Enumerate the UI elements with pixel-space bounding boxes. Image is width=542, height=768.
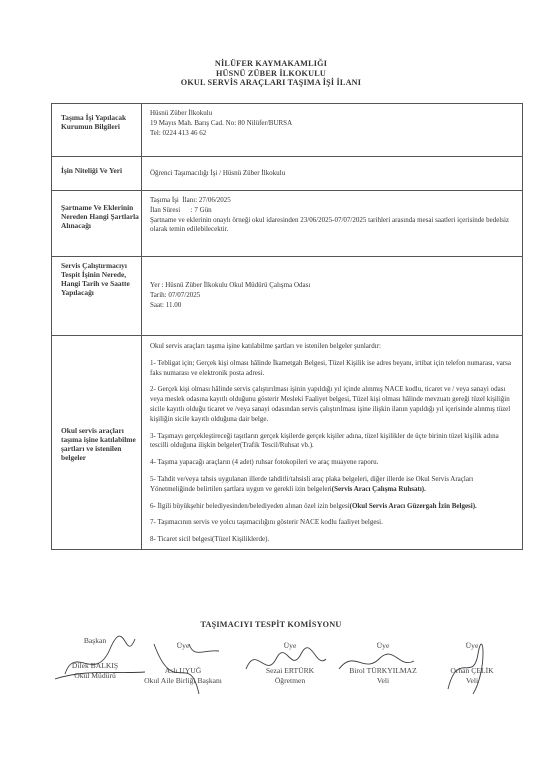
institution-name: Hüsnü Züber İlkokulu	[150, 109, 516, 119]
label-specs: Şartname Ve Eklerinin Nereden Hangi Şart…	[52, 191, 142, 257]
announcement-title: OKUL SERVİS ARAÇLARI TAŞIMA İŞİ İLANI	[0, 78, 542, 88]
requirement-item: 8- Ticaret sicil belgesi(Tüzel Kişilikle…	[150, 535, 516, 545]
label-institution: Taşıma İşi Yapılacak Kurumun Bilgileri	[52, 104, 142, 157]
document-header: NİLÜFER KAYMAKAMLIĞI HÜSNÜ ZÜBER İLKOKUL…	[0, 59, 542, 88]
member-role: Üye	[138, 641, 228, 651]
item-spacer	[150, 468, 516, 475]
row-institution: Taşıma İşi Yapılacak Kurumun Bilgileri H…	[52, 104, 523, 157]
member-role: Üye	[245, 641, 335, 651]
member-role: Başkan	[55, 636, 135, 646]
item-spacer	[150, 495, 516, 502]
member-role: Üye	[338, 641, 428, 651]
school-name: HÜSNÜ ZÜBER İLKOKULU	[0, 69, 542, 79]
item-spacer	[150, 425, 516, 432]
requirement-item: 2- Gerçek kişi olması hâlinde servis çal…	[150, 385, 516, 424]
requirement-item: 7- Taşımacının servis ve yolcu taşımacıl…	[150, 518, 516, 528]
item-spacer	[150, 511, 516, 518]
requirement-text: 6- İlgili büyükşehir belediyesinden/bele…	[150, 502, 350, 510]
item-spacer	[150, 451, 516, 458]
requirement-bold-text: (Servis Aracı Çalışma Ruhsatı).	[332, 485, 426, 493]
requirement-text: 3- Taşımayı gerçekleştireceği taşıtların…	[150, 432, 499, 450]
member-title: Okul Aile Birliği Başkanı	[138, 676, 228, 686]
nature-value: Öğrenci Taşımacılığı İşi / Hüsnü Züber İ…	[142, 157, 523, 191]
member-title: Veli	[338, 676, 428, 686]
signature-block: ÜyeOrhan ÇELİKVeli	[432, 641, 512, 686]
requirement-text: 1- Tebligat için; Gerçek kişi olması hâl…	[150, 359, 511, 377]
requirement-text: 4- Taşıma yapacağı araçların (4 adet) ru…	[150, 458, 378, 466]
requirement-text: 8- Ticaret sicil belgesi(Tüzel Kişilikle…	[150, 535, 269, 543]
label-determination: Servis Çalıştırmacıyı Tespit İşinin Nere…	[52, 257, 142, 336]
signature-block: ÜyeAslı UYUĞOkul Aile Birliği Başkanı	[138, 641, 228, 686]
row-determination: Servis Çalıştırmacıyı Tespit İşinin Nere…	[52, 257, 523, 336]
member-title: Veli	[432, 676, 512, 686]
requirement-item: 3- Taşımayı gerçekleştireceği taşıtların…	[150, 432, 516, 452]
requirements-list: Okul servis araçları taşıma işine katıla…	[142, 336, 523, 550]
requirement-item: 1- Tebligat için; Gerçek kişi olması hâl…	[150, 359, 516, 379]
requirement-bold-text: (Okul Servis Aracı Güzergah İzin Belgesi…	[350, 502, 477, 510]
determination-time: Saat: 11.00	[150, 301, 516, 311]
row-requirements: Okul servis araçları taşıma işine katıla…	[52, 336, 523, 550]
determination-place: Yer : Hüsnü Züber İlkokulu Okul Müdürü Ç…	[150, 281, 516, 291]
requirement-item: 5- Tahdit ve/veya tahsis uygulanan iller…	[150, 475, 516, 495]
row-nature: İşin Niteliği Ve Yeri Öğrenci Taşımacılı…	[52, 157, 523, 191]
member-title: Öğretmen	[245, 676, 335, 686]
institution-address: 19 Mayıs Mah. Barış Cad. No: 80 Nilüfer/…	[150, 119, 516, 129]
specs-text: Şartname ve eklerinin onaylı örneği okul…	[150, 216, 516, 236]
requirement-item: 6- İlgili büyükşehir belediyesinden/bele…	[150, 502, 516, 512]
item-spacer	[150, 352, 516, 359]
commission-title: TAŞIMACIYI TESPİT KOMİSYONU	[0, 620, 542, 629]
member-role: Üye	[432, 641, 512, 651]
requirements-intro: Okul servis araçları taşıma işine katıla…	[150, 342, 516, 352]
announcement-table: Taşıma İşi Yapılacak Kurumun Bilgileri H…	[51, 103, 523, 550]
member-name: Aslı UYUĞ	[138, 666, 228, 676]
label-nature: İşin Niteliği Ve Yeri	[52, 157, 142, 191]
member-title: Okul Müdürü	[55, 671, 135, 681]
requirement-text: 7- Taşımacının servis ve yolcu taşımacıl…	[150, 518, 383, 526]
district-governorship: NİLÜFER KAYMAKAMLIĞI	[0, 59, 542, 69]
signature-block: ÜyeBirol TÜRKYILMAZVeli	[338, 641, 428, 686]
signature-block: BaşkanDilek BALKIŞOkul Müdürü	[55, 636, 135, 681]
member-name: Birol TÜRKYILMAZ	[338, 666, 428, 676]
member-name: Dilek BALKIŞ	[55, 661, 135, 671]
requirement-text: 2- Gerçek kişi olması hâlinde servis çal…	[150, 385, 510, 422]
member-name: Orhan ÇELİK	[432, 666, 512, 676]
member-name: Sezai ERTÜRK	[245, 666, 335, 676]
item-spacer	[150, 528, 516, 535]
label-requirements: Okul servis araçları taşıma işine katıla…	[52, 336, 142, 550]
item-spacer	[150, 378, 516, 385]
announce-date: Taşıma İşi İlanı: 27/06/2025	[150, 196, 516, 206]
determination-date: Tarih: 07/07/2025	[150, 291, 516, 301]
requirement-item: 4- Taşıma yapacağı araçların (4 adet) ru…	[150, 458, 516, 468]
signature-block: ÜyeSezai ERTÜRKÖğretmen	[245, 641, 335, 686]
announce-duration: İlan Süresi : 7 Gün	[150, 206, 516, 216]
institution-phone: Tel: 0224 413 46 62	[150, 129, 516, 139]
row-specs: Şartname Ve Eklerinin Nereden Hangi Şart…	[52, 191, 523, 257]
